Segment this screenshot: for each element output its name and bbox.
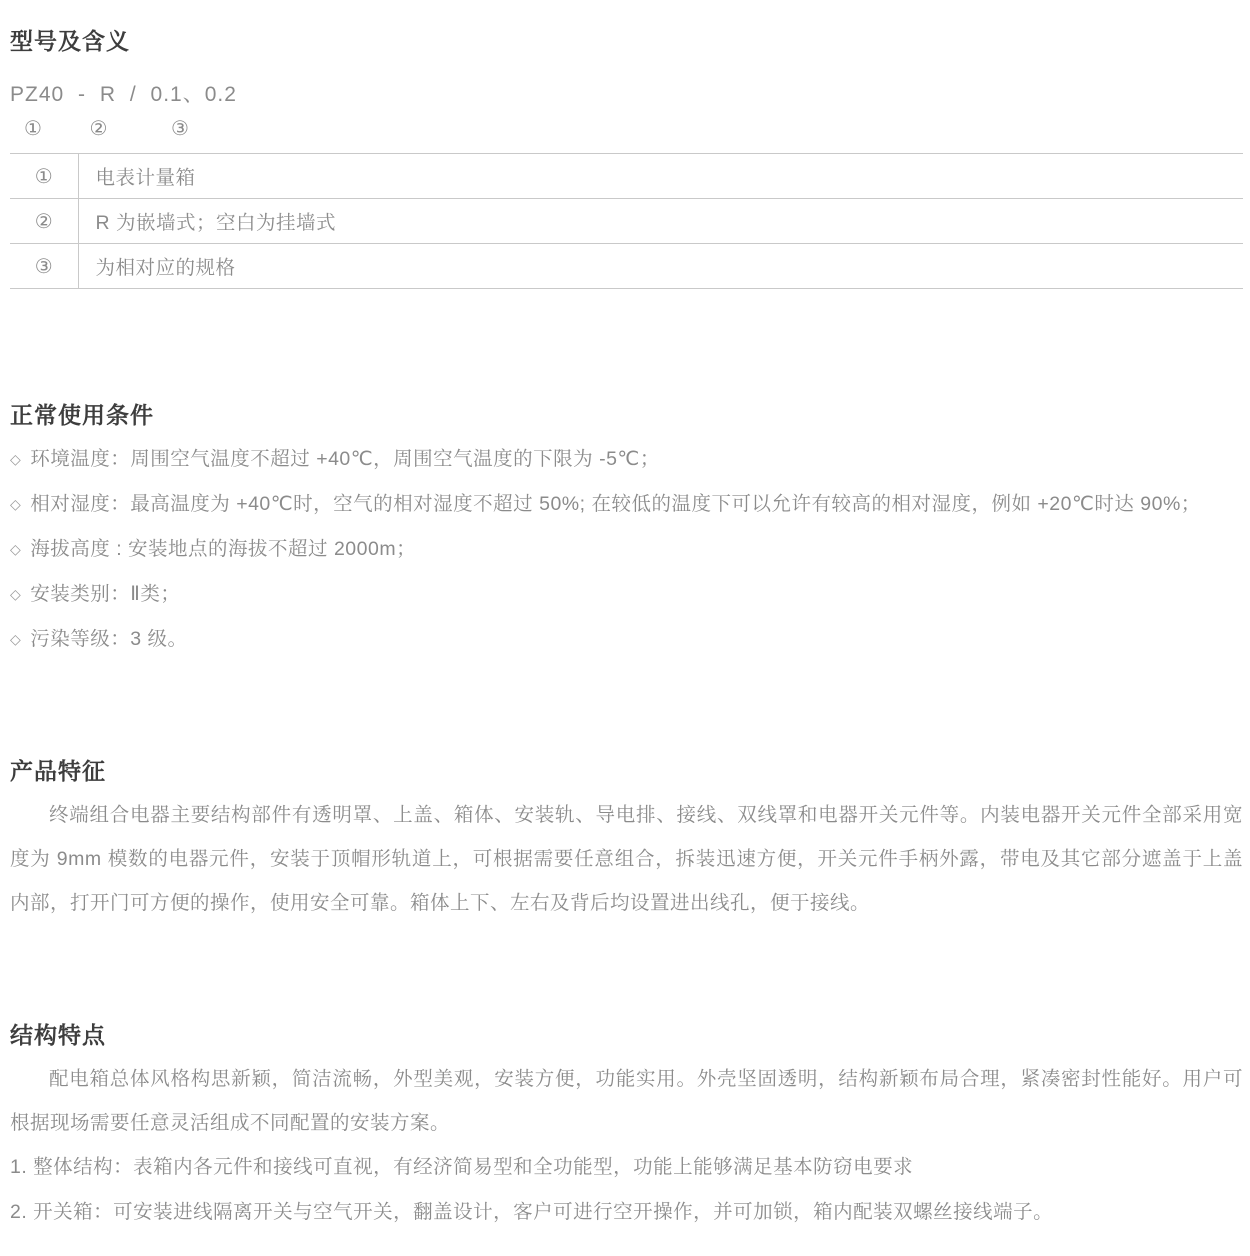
list-item: ◇海拔高度 : 安装地点的海拔不超过 2000m； (10, 527, 1243, 572)
features-section-title: 产品特征 (10, 757, 1243, 785)
diamond-bullet-icon: ◇ (10, 496, 21, 512)
condition-text: 环境温度：周围空气温度不超过 +40℃，周围空气温度的下限为 -5℃； (30, 448, 660, 470)
condition-text: 安装类别：Ⅱ类； (30, 583, 180, 605)
list-item: 1. 整体结构：表箱内各元件和接线可直视，有经济简易型和全功能型，功能上能够满足… (10, 1145, 1243, 1190)
condition-text: 海拔高度 : 安装地点的海拔不超过 2000m； (30, 538, 416, 560)
list-item: ◇安装类别：Ⅱ类； (10, 572, 1243, 617)
model-meaning-table: ① 电表计量箱 ② R 为嵌墙式；空白为挂墙式 ③ 为相对应的规格 (10, 153, 1243, 289)
row-number-cell: ② (10, 199, 78, 244)
list-item: 2. 开关箱：可安装进线隔离开关与空气开关，翻盖设计，客户可进行空开操作，并可加… (10, 1190, 1243, 1235)
row-number-cell: ① (10, 154, 78, 199)
condition-text: 相对湿度：最高温度为 +40℃时，空气的相对湿度不超过 50%; 在较低的温度下… (30, 493, 1201, 515)
list-item: ◇环境温度：周围空气温度不超过 +40℃，周围空气温度的下限为 -5℃； (10, 437, 1243, 482)
features-paragraph: 终端组合电器主要结构部件有透明罩、上盖、箱体、安装轨、导电排、接线、双线罩和电器… (10, 793, 1243, 925)
conditions-bullet-list: ◇环境温度：周围空气温度不超过 +40℃，周围空气温度的下限为 -5℃； ◇相对… (10, 437, 1243, 662)
row-description-cell: R 为嵌墙式；空白为挂墙式 (78, 199, 1243, 244)
row-number-cell: ③ (10, 244, 78, 289)
structure-paragraph: 配电箱总体风格构思新颖，简洁流畅，外型美观，安装方便，功能实用。外壳坚固透明，结… (10, 1057, 1243, 1145)
diamond-bullet-icon: ◇ (10, 631, 21, 647)
table-row: ② R 为嵌墙式；空白为挂墙式 (10, 199, 1243, 244)
row-description-cell: 为相对应的规格 (78, 244, 1243, 289)
document-page: 型号及含义 PZ40 - R / 0.1、0.2 ① ② ③ ① 电表计量箱 ②… (0, 0, 1250, 1256)
diamond-bullet-icon: ◇ (10, 451, 21, 467)
circled-2-marker: ② (90, 116, 108, 142)
conditions-section-title: 正常使用条件 (10, 401, 1243, 429)
circled-3-marker: ③ (171, 116, 189, 142)
table-row: ③ 为相对应的规格 (10, 244, 1243, 289)
row-description-cell: 电表计量箱 (78, 154, 1243, 199)
condition-text: 污染等级：3 级。 (30, 628, 187, 650)
structure-numbered-list: 1. 整体结构：表箱内各元件和接线可直视，有经济简易型和全功能型，功能上能够满足… (10, 1145, 1243, 1235)
circled-1-marker: ① (24, 116, 42, 142)
list-item: ◇相对湿度：最高温度为 +40℃时，空气的相对湿度不超过 50%; 在较低的温度… (10, 482, 1243, 527)
diamond-bullet-icon: ◇ (10, 541, 21, 557)
table-row: ① 电表计量箱 (10, 154, 1243, 199)
diamond-bullet-icon: ◇ (10, 586, 21, 602)
list-item: ◇污染等级：3 级。 (10, 617, 1243, 662)
model-marker-row: ① ② ③ (10, 116, 1243, 142)
model-section-title: 型号及含义 (10, 0, 1243, 55)
model-code-line: PZ40 - R / 0.1、0.2 (10, 82, 1243, 108)
structure-section-title: 结构特点 (10, 1021, 1243, 1049)
